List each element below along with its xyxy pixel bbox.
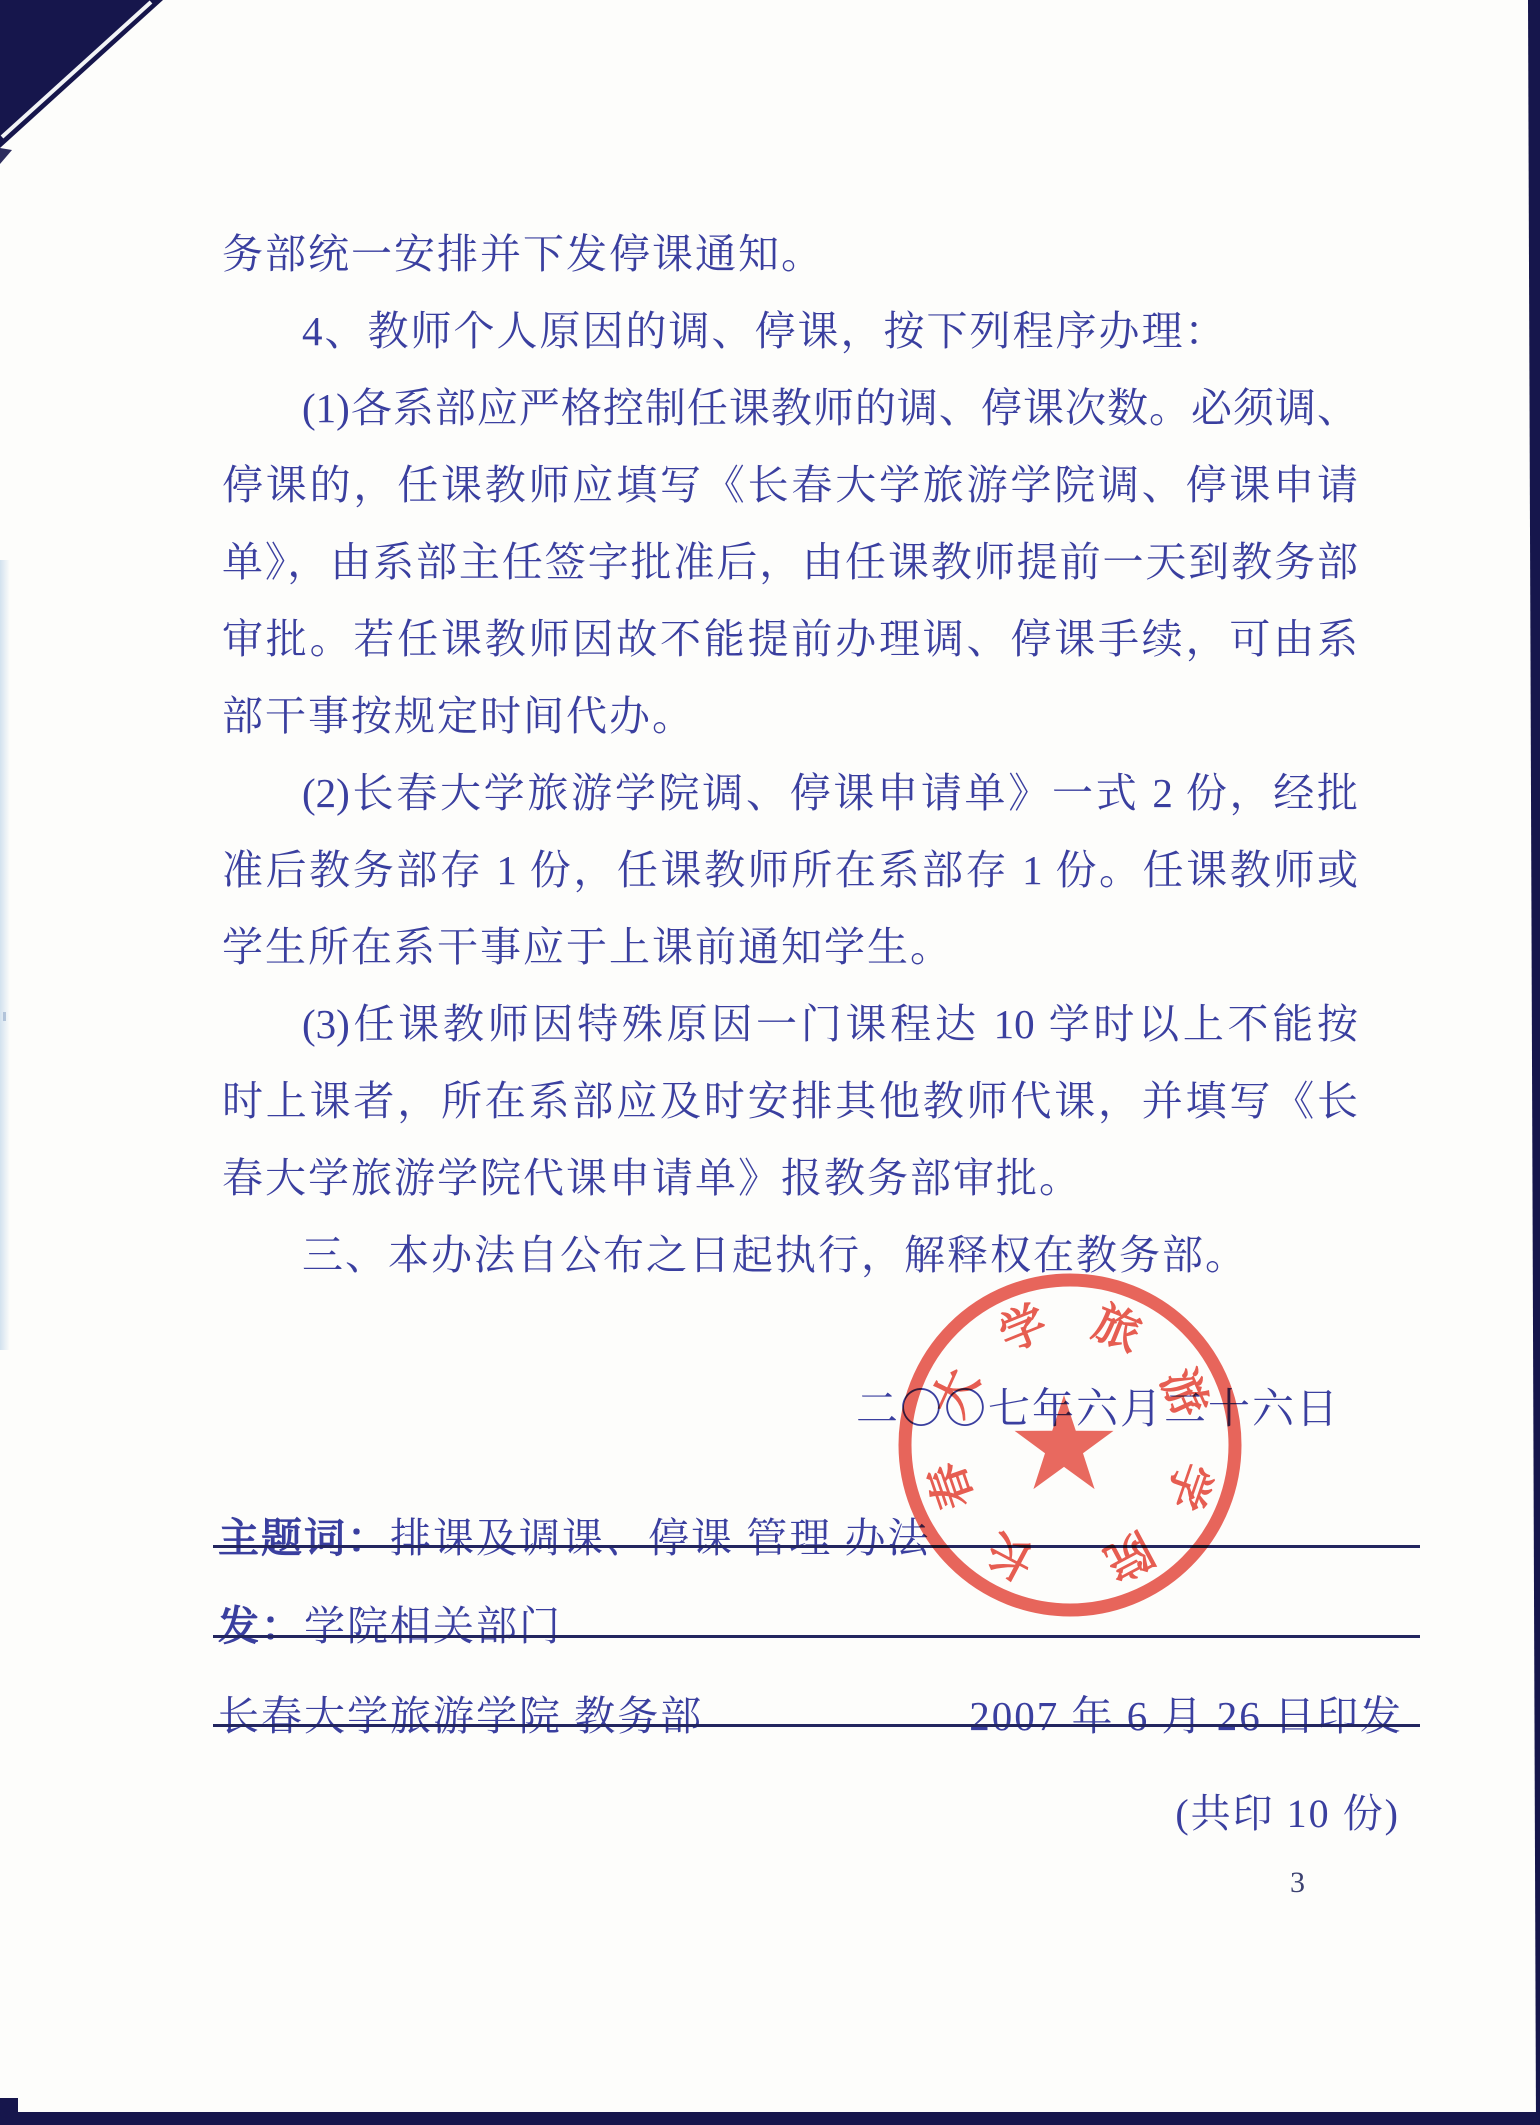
body-line: 务部统一安排并下发停课通知。	[222, 221, 1358, 269]
stamp-char: 游	[1151, 1361, 1216, 1424]
divider-line	[213, 1724, 1420, 1727]
issuer-row: 长春大学旅游学院 教务部 2007 年 6 月 26 日印发	[218, 1683, 1403, 1742]
body-line: 4、教师个人原因的调、停课，按下列程序办理：	[222, 298, 1358, 346]
subject-label: 主题词：	[218, 1515, 390, 1561]
issue-value: 学院相关部门	[304, 1603, 562, 1649]
body-line: 三、本办法自公布之日起执行，解释权在教务部。	[222, 1222, 1358, 1270]
scan-speck	[3, 1012, 6, 1021]
body-line: 部干事按规定时间代办。	[222, 683, 1358, 731]
document-page: 务部统一安排并下发停课通知。 4、教师个人原因的调、停课，按下列程序办理： (1…	[0, 0, 1540, 2125]
stamp-char: 大	[923, 1361, 988, 1424]
body-line: 春大学旅游学院代课申请单》报教务部审批。	[222, 1145, 1358, 1193]
stamp-char: 春	[920, 1456, 983, 1516]
issue-row: 发：学院相关部门	[218, 1593, 562, 1652]
scan-corner-fold	[0, 0, 210, 175]
page-number: 3	[1290, 1866, 1305, 1900]
issuer-name: 长春大学旅游学院 教务部	[218, 1683, 703, 1742]
body-line: 单》，由系部主任签字批准后，由任课教师提前一天到教务部	[222, 529, 1358, 577]
body-line: (2)长春大学旅游学院调、停课申请单》一式 2 份，经批	[222, 760, 1358, 808]
official-seal-stamp: 长 春 大 学 旅 游 学 院	[890, 1265, 1250, 1625]
subject-value: 排课及调课、停课 管理 办法	[390, 1515, 931, 1561]
body-line: 审批。若任课教师因故不能提前办理调、停课手续，可由系	[222, 606, 1358, 654]
subject-row: 主题词：排课及调课、停课 管理 办法	[218, 1505, 931, 1564]
scan-edge-bottom	[0, 2112, 1540, 2125]
stamp-char: 长	[979, 1522, 1044, 1589]
body-line: 学生所在系干事应于上课前通知学生。	[222, 914, 1358, 962]
stamp-char: 学	[1157, 1456, 1220, 1516]
stamp-star-icon	[1015, 1395, 1114, 1489]
body-line: (3)任课教师因特殊原因一门课程达 10 学时以上不能按	[222, 991, 1358, 1039]
copies-note: (共印 10 份)	[1000, 1782, 1400, 1839]
scan-edge-right	[1524, 0, 1540, 2125]
body-line: (1)各系部应严格控制任课教师的调、停课次数。必须调、	[222, 375, 1358, 423]
issue-label: 发：	[218, 1603, 304, 1649]
scan-edge-bottom-bump	[0, 2098, 18, 2112]
stamp-char: 旅	[1086, 1296, 1148, 1361]
body-line: 准后教务部存 1 份，任课教师所在系部存 1 份。任课教师或	[222, 837, 1358, 885]
divider-line	[213, 1635, 1420, 1638]
stamp-char: 院	[1097, 1522, 1162, 1589]
print-date: 2007 年 6 月 26 日印发	[969, 1683, 1403, 1742]
body-line: 时上课者，所在系部应及时安排其他教师代课，并填写《长	[222, 1068, 1358, 1116]
stamp-char: 学	[992, 1296, 1054, 1361]
scan-edge-left-tint	[0, 560, 10, 1350]
body-line: 停课的，任课教师应填写《长春大学旅游学院调、停课申请	[222, 452, 1358, 500]
